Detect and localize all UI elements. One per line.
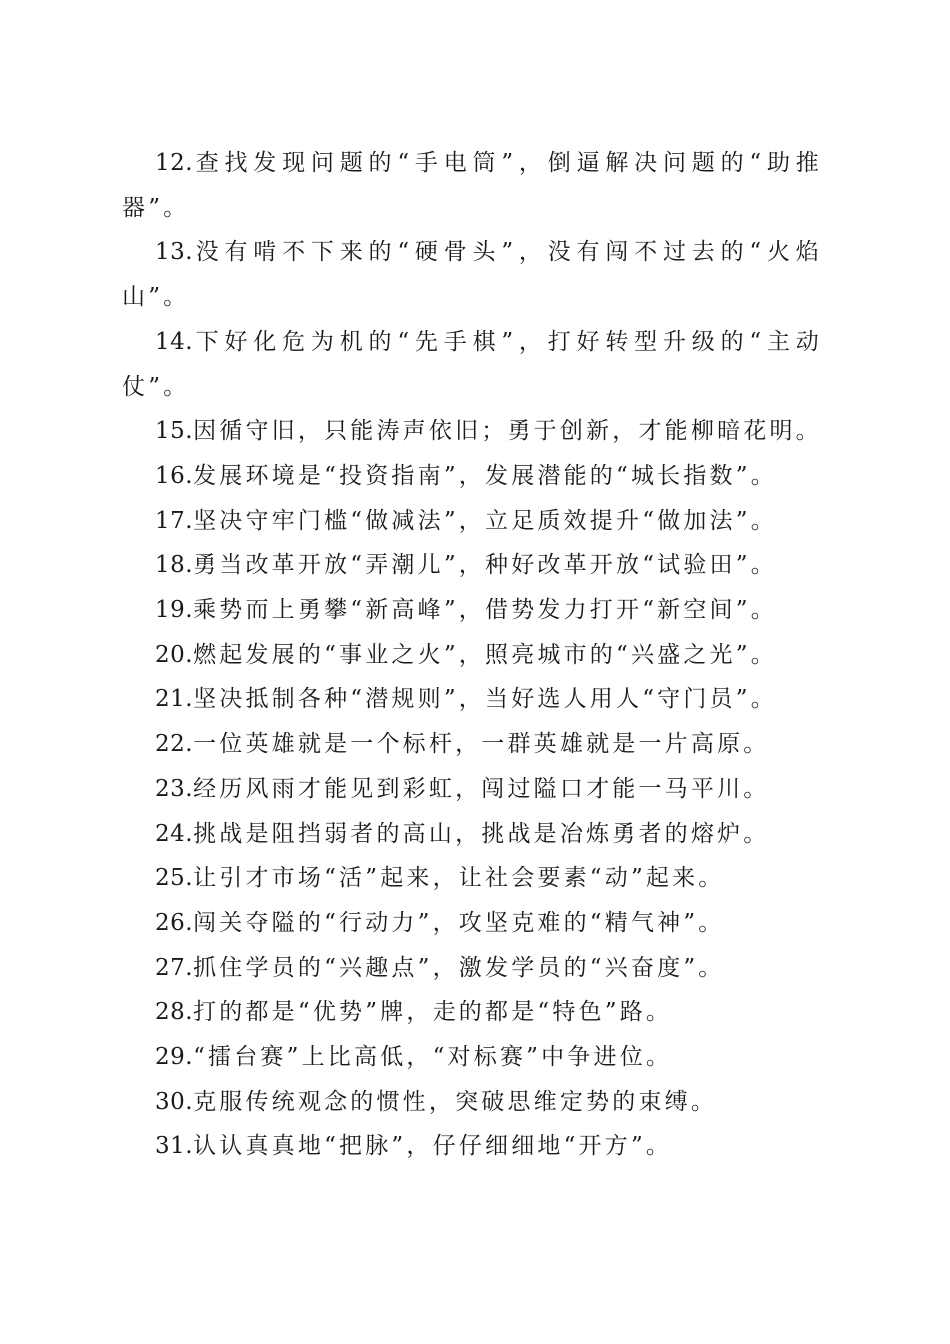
list-item: 20.燃起发展的“事业之火”，照亮城市的“兴盛之光”。 bbox=[122, 633, 822, 678]
list-item: 26.闯关夺隘的“行动力”，攻坚克难的“精气神”。 bbox=[122, 901, 822, 946]
item-text: “擂台赛”上比高低，“对标赛”中争进位。 bbox=[193, 1044, 672, 1070]
item-number: 20. bbox=[155, 642, 193, 668]
item-text: 闯关夺隘的“行动力”，攻坚克难的“精气神”。 bbox=[193, 910, 724, 936]
list-item: 17.坚决守牢门槛“做减法”，立足质效提升“做加法”。 bbox=[122, 499, 822, 544]
list-item: 24.挑战是阻挡弱者的高山，挑战是冶炼勇者的熔炉。 bbox=[122, 812, 822, 857]
list-item: 28.打的都是“优势”牌，走的都是“特色”路。 bbox=[122, 990, 822, 1035]
item-text: 乘势而上勇攀“新高峰”，借势发力打开“新空间”。 bbox=[193, 597, 777, 623]
item-number: 21. bbox=[155, 686, 193, 712]
list-item: 14.下好化危为机的“先手棋”，打好转型升级的“主动仗”。 bbox=[122, 320, 822, 409]
list-item: 16.发展环境是“投资指南”，发展潜能的“城长指数”。 bbox=[122, 454, 822, 499]
item-number: 27. bbox=[155, 955, 193, 981]
item-text: 查找发现问题的“手电筒”，倒逼解决问题的“助推器”。 bbox=[122, 150, 822, 221]
item-text: 挑战是阻挡弱者的高山，挑战是冶炼勇者的熔炉。 bbox=[193, 821, 769, 847]
item-number: 29. bbox=[155, 1044, 193, 1070]
item-text: 打的都是“优势”牌，走的都是“特色”路。 bbox=[193, 999, 672, 1025]
item-number: 17. bbox=[155, 508, 193, 534]
item-text: 勇当改革开放“弄潮儿”，种好改革开放“试验田”。 bbox=[193, 552, 777, 578]
list-item: 19.乘势而上勇攀“新高峰”，借势发力打开“新空间”。 bbox=[122, 588, 822, 633]
item-number: 12. bbox=[155, 150, 193, 176]
item-number: 28. bbox=[155, 999, 193, 1025]
item-number: 22. bbox=[155, 731, 193, 757]
item-text: 燃起发展的“事业之火”，照亮城市的“兴盛之光”。 bbox=[193, 642, 777, 668]
item-text: 抓住学员的“兴趣点”，激发学员的“兴奋度”。 bbox=[193, 955, 724, 981]
item-text: 一位英雄就是一个标杆，一群英雄就是一片高原。 bbox=[193, 731, 769, 757]
item-text: 没有啃不下来的“硬骨头”，没有闯不过去的“火焰山”。 bbox=[122, 239, 822, 310]
item-number: 31. bbox=[155, 1133, 193, 1159]
item-text: 下好化危为机的“先手棋”，打好转型升级的“主动仗”。 bbox=[122, 329, 822, 400]
list-item: 25.让引才市场“活”起来，让社会要素“动”起来。 bbox=[122, 856, 822, 901]
item-text: 认认真真地“把脉”，仔仔细细地“开方”。 bbox=[193, 1133, 672, 1159]
list-item: 22.一位英雄就是一个标杆，一群英雄就是一片高原。 bbox=[122, 722, 822, 767]
item-number: 16. bbox=[155, 463, 193, 489]
list-item: 12.查找发现问题的“手电筒”，倒逼解决问题的“助推器”。 bbox=[122, 141, 822, 230]
item-number: 15. bbox=[155, 418, 193, 444]
list-item: 30.克服传统观念的惯性，突破思维定势的束缚。 bbox=[122, 1080, 822, 1125]
item-number: 26. bbox=[155, 910, 193, 936]
item-text: 坚决抵制各种“潜规则”，当好选人用人“守门员”。 bbox=[193, 686, 777, 712]
item-text: 坚决守牢门槛“做减法”，立足质效提升“做加法”。 bbox=[193, 508, 777, 534]
item-number: 30. bbox=[155, 1089, 193, 1115]
item-text: 克服传统观念的惯性，突破思维定势的束缚。 bbox=[193, 1089, 717, 1115]
list-item: 13.没有啃不下来的“硬骨头”，没有闯不过去的“火焰山”。 bbox=[122, 230, 822, 319]
item-number: 13. bbox=[155, 239, 193, 265]
item-number: 24. bbox=[155, 821, 193, 847]
list-item: 31.认认真真地“把脉”，仔仔细细地“开方”。 bbox=[122, 1124, 822, 1169]
list-item: 18.勇当改革开放“弄潮儿”，种好改革开放“试验田”。 bbox=[122, 543, 822, 588]
item-number: 18. bbox=[155, 552, 193, 578]
item-text: 发展环境是“投资指南”，发展潜能的“城长指数”。 bbox=[193, 463, 777, 489]
list-item: 23.经历风雨才能见到彩虹，闯过隘口才能一马平川。 bbox=[122, 767, 822, 812]
item-number: 23. bbox=[155, 776, 193, 802]
list-item: 27.抓住学员的“兴趣点”，激发学员的“兴奋度”。 bbox=[122, 946, 822, 991]
item-number: 19. bbox=[155, 597, 193, 623]
list-item: 21.坚决抵制各种“潜规则”，当好选人用人“守门员”。 bbox=[122, 677, 822, 722]
document-page: 12.查找发现问题的“手电筒”，倒逼解决问题的“助推器”。 13.没有啃不下来的… bbox=[122, 141, 822, 1169]
item-text: 因循守旧，只能涛声依旧；勇于创新，才能柳暗花明。 bbox=[193, 418, 822, 444]
list-item: 15.因循守旧，只能涛声依旧；勇于创新，才能柳暗花明。 bbox=[122, 409, 822, 454]
list-item: 29.“擂台赛”上比高低，“对标赛”中争进位。 bbox=[122, 1035, 822, 1080]
item-text: 让引才市场“活”起来，让社会要素“动”起来。 bbox=[193, 865, 724, 891]
item-number: 14. bbox=[155, 329, 193, 355]
item-number: 25. bbox=[155, 865, 193, 891]
item-text: 经历风雨才能见到彩虹，闯过隘口才能一马平川。 bbox=[193, 776, 769, 802]
